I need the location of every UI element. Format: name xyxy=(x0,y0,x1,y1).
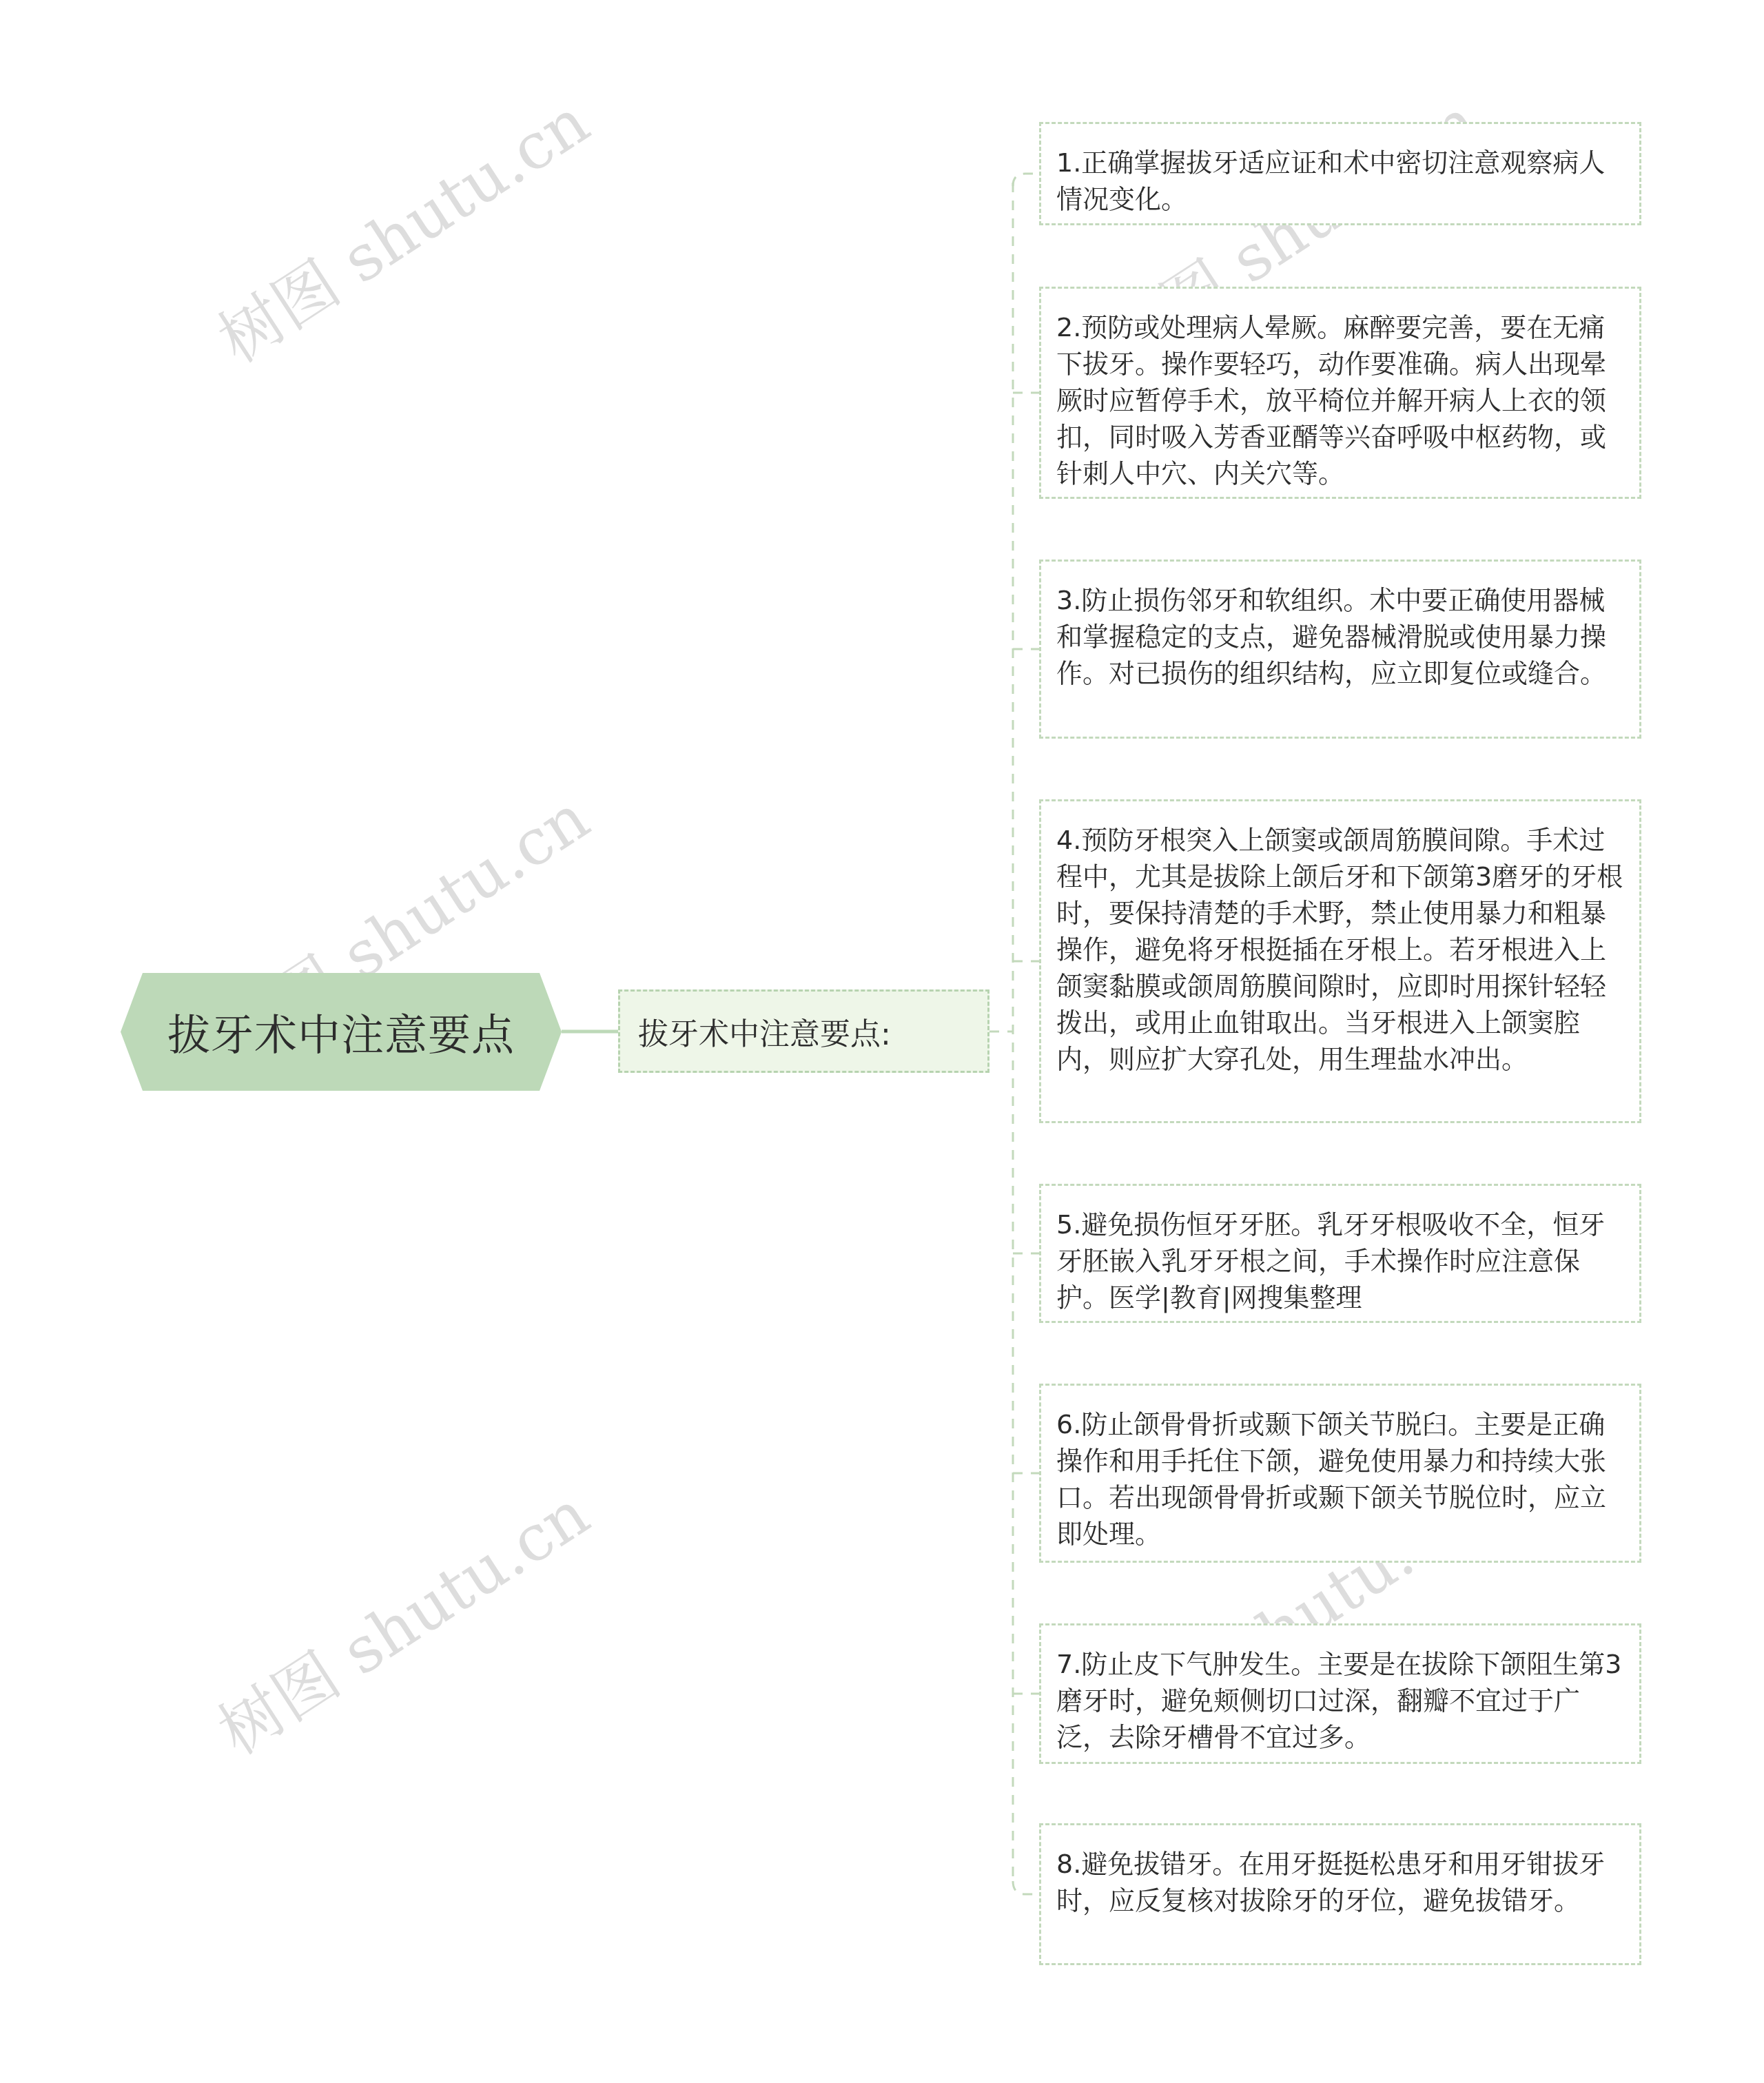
mind-map-canvas: 树图 shutu.cn 树图 shutu.cn 树图 shutu.cn 树图 s… xyxy=(0,0,1764,2083)
leaf-node-text: 4.预防牙根突入上颌窦或颌周筋膜间隙。手术过程中，尤其是拔除上颌后牙和下颌第3磨… xyxy=(1056,822,1625,1078)
leaf-node-2[interactable]: 2.预防或处理病人晕厥。麻醉要完善，要在无痛下拔牙。操作要轻巧，动作要准确。病人… xyxy=(1039,287,1641,499)
leaf-node-text: 6.防止颌骨骨折或颞下颌关节脱臼。主要是正确操作和用手托住下颌，避免使用暴力和持… xyxy=(1056,1406,1625,1552)
branch-node-label: 拔牙术中注意要点: xyxy=(638,1009,891,1054)
branch-node[interactable]: 拔牙术中注意要点: xyxy=(618,989,989,1073)
root-node[interactable]: 拔牙术中注意要点 xyxy=(121,973,562,1091)
root-node-label: 拔牙术中注意要点 xyxy=(167,1001,515,1063)
leaf-node-4[interactable]: 4.预防牙根突入上颌窦或颌周筋膜间隙。手术过程中，尤其是拔除上颌后牙和下颌第3磨… xyxy=(1039,799,1641,1123)
leaf-node-3[interactable]: 3.防止损伤邻牙和软组织。术中要正确使用器械和掌握稳定的支点，避免器械滑脱或使用… xyxy=(1039,560,1641,739)
leaf-node-text: 3.防止损伤邻牙和软组织。术中要正确使用器械和掌握稳定的支点，避免器械滑脱或使用… xyxy=(1056,582,1625,692)
leaf-node-6[interactable]: 6.防止颌骨骨折或颞下颌关节脱臼。主要是正确操作和用手托住下颌，避免使用暴力和持… xyxy=(1039,1384,1641,1563)
leaf-node-text: 2.预防或处理病人晕厥。麻醉要完善，要在无痛下拔牙。操作要轻巧，动作要准确。病人… xyxy=(1056,309,1625,492)
leaf-node-text: 1.正确掌握拔牙适应证和术中密切注意观察病人情况变化。 xyxy=(1056,145,1625,218)
leaf-node-8[interactable]: 8.避免拔错牙。在用牙挺挺松患牙和用牙钳拔牙时，应反复核对拔除牙的牙位，避免拔错… xyxy=(1039,1823,1641,1965)
leaf-node-text: 8.避免拔错牙。在用牙挺挺松患牙和用牙钳拔牙时，应反复核对拔除牙的牙位，避免拔错… xyxy=(1056,1846,1625,1919)
leaf-node-5[interactable]: 5.避免损伤恒牙牙胚。乳牙牙根吸收不全，恒牙牙胚嵌入乳牙牙根之间，手术操作时应注… xyxy=(1039,1184,1641,1323)
leaf-node-text: 7.防止皮下气肿发生。主要是在拔除下颌阻生第3磨牙时，避免颊侧切口过深，翻瓣不宜… xyxy=(1056,1646,1625,1756)
leaf-node-text: 5.避免损伤恒牙牙胚。乳牙牙根吸收不全，恒牙牙胚嵌入乳牙牙根之间，手术操作时应注… xyxy=(1056,1207,1625,1316)
leaf-node-1[interactable]: 1.正确掌握拔牙适应证和术中密切注意观察病人情况变化。 xyxy=(1039,122,1641,225)
leaf-node-7[interactable]: 7.防止皮下气肿发生。主要是在拔除下颌阻生第3磨牙时，避免颊侧切口过深，翻瓣不宜… xyxy=(1039,1623,1641,1764)
